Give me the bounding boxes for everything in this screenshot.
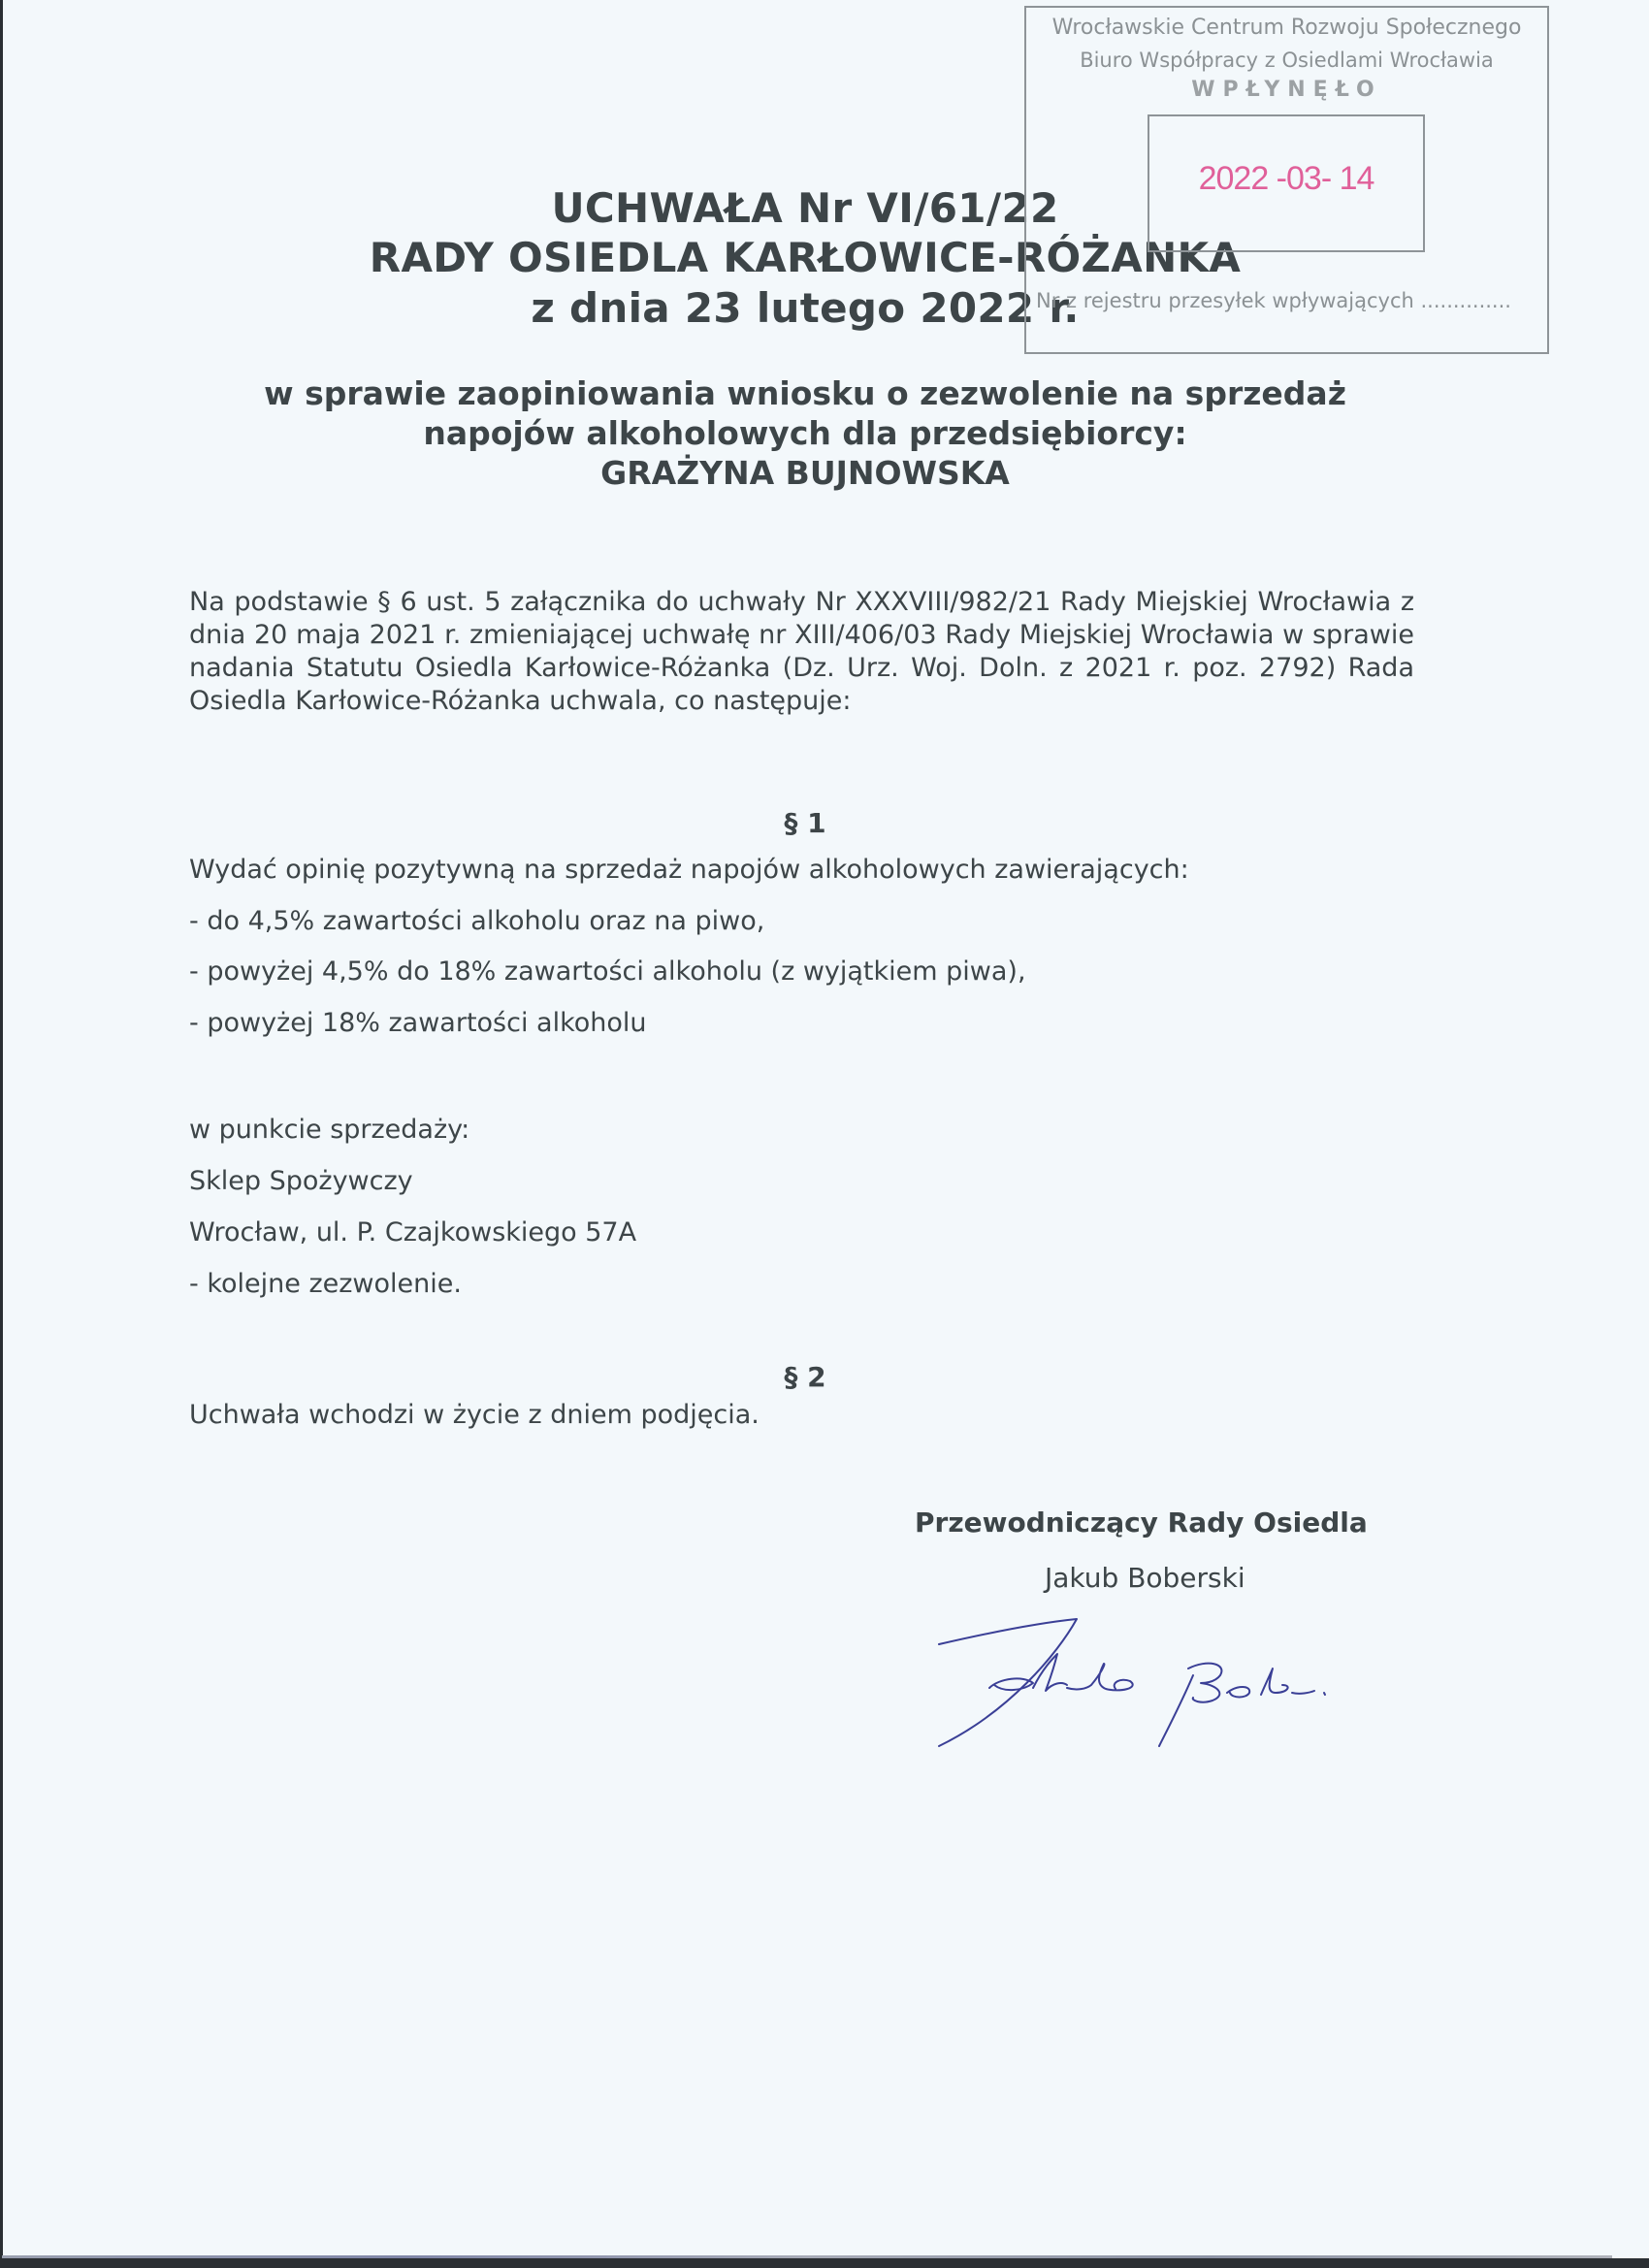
scan-edge-left <box>0 0 3 2268</box>
permit-note: - kolejne zezwolenie. <box>189 1268 462 1301</box>
alcohol-category-item: - powyżej 4,5% do 18% zawartości alkohol… <box>189 956 1026 988</box>
scan-edge-bottom <box>0 2258 1649 2268</box>
shop-name: Sklep Spożywczy <box>189 1165 413 1198</box>
shop-address: Wrocław, ul. P. Czajkowskiego 57A <box>189 1216 636 1249</box>
subject-line-1: w sprawie zaopiniowania wniosku o zezwol… <box>145 373 1465 413</box>
signer-title: Przewodniczący Rady Osiedla <box>915 1507 1368 1539</box>
stamp-received-label: WPŁYNĘŁO <box>1026 78 1547 102</box>
section-1-heading: § 1 <box>0 807 1610 839</box>
legal-basis-paragraph: Na podstawie § 6 ust. 5 załącznika do uc… <box>189 586 1414 718</box>
alcohol-category-item: - do 4,5% zawartości alkoholu oraz na pi… <box>189 905 764 938</box>
signer-name: Jakub Boberski <box>1045 1562 1245 1594</box>
section-2-heading: § 2 <box>0 1361 1610 1393</box>
section-1-lead: Wydać opinię pozytywną na sprzedaż napoj… <box>189 854 1189 887</box>
resolution-subject: w sprawie zaopiniowania wniosku o zezwol… <box>145 373 1465 493</box>
section-2-text: Uchwała wchodzi w życie z dniem podjęcia… <box>189 1399 760 1432</box>
alcohol-category-item: - powyżej 18% zawartości alkoholu <box>189 1007 647 1040</box>
subject-line-2: napojów alkoholowych dla przedsiębiorcy: <box>145 413 1465 453</box>
stamp-date-box: 2022 -03- 14 <box>1148 114 1425 252</box>
stamp-date: 2022 -03- 14 <box>1149 160 1423 198</box>
handwritten-signature <box>931 1615 1397 1751</box>
received-stamp: Wrocławskie Centrum Rozwoju Społecznego … <box>1024 6 1549 354</box>
stamp-register-number: Nr z rejestru przesyłek wpływających ...… <box>1036 289 1511 312</box>
stamp-department: Biuro Współpracy z Osiedlami Wrocławia <box>1026 49 1547 72</box>
stamp-organization: Wrocławskie Centrum Rozwoju Społecznego <box>1026 16 1547 40</box>
sale-point-label: w punkcie sprzedaży: <box>189 1114 469 1147</box>
entrepreneur-name: GRAŻYNA BUJNOWSKA <box>145 453 1465 493</box>
